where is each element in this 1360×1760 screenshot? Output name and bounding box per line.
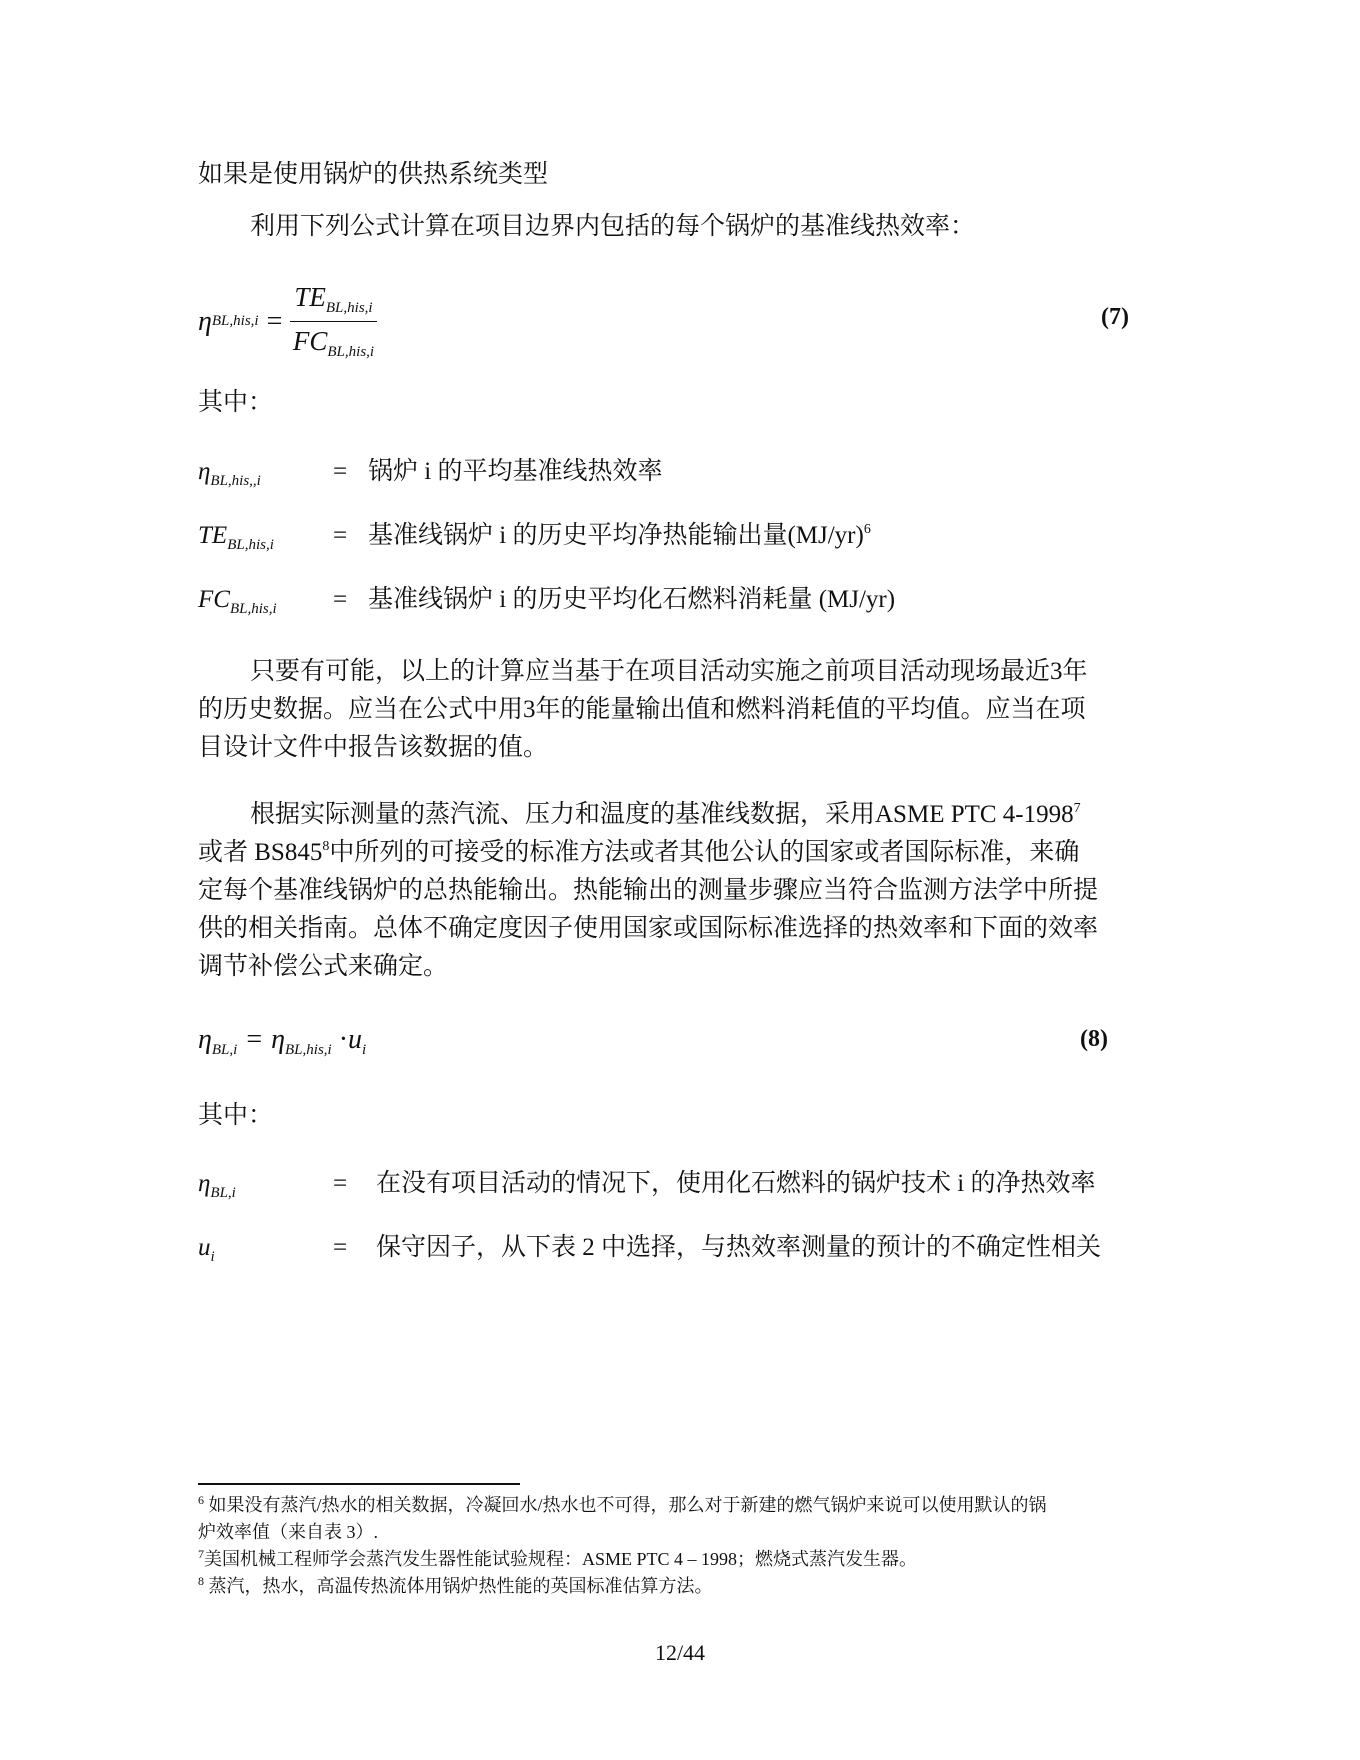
intro-paragraph: 利用下列公式计算在项目边界内包括的每个锅炉的基准线热效率： [250,207,975,247]
fraction: TEBL,his,i FCBL,his,i [290,282,376,361]
footnote-7: 7美国机械工程师学会蒸汽发生器性能试验规程：ASME PTC 4 – 1998；… [198,1546,1158,1573]
where-label-1: 其中： [198,383,273,423]
equation-number-8: (8) [1080,1026,1108,1053]
paragraph-2-line-5: 调节补偿公式来确定。 [198,947,448,987]
page-number: 12/44 [0,1640,1360,1666]
equation-number-7: (7) [1101,304,1129,331]
footnote-8: 8 蒸汽，热水，高温传热流体用锅炉热性能的英国标准估算方法。 [198,1573,1158,1600]
paragraph-2-line-1: 根据实际测量的蒸汽流、压力和温度的基准线数据，采用ASME PTC 4-1998… [250,795,1081,835]
paragraph-2-line-2: 或者 BS8458中所列的可接受的标准方法或者其他公认的国家或者国际标准，来确 [198,833,1079,873]
paragraph-2-line-4: 供的相关指南。总体不确定度因子使用国家或国际标准选择的热效率和下面的效率 [198,909,1098,949]
equation-8: ηBL,i = ηBL,his,i ·ui [198,1020,366,1070]
paragraph-2-line-3: 定每个基准线锅炉的总热能输出。热能输出的测量步骤应当符合监测方法学中所提 [198,871,1098,911]
paragraph-1-line-2: 的历史数据。应当在公式中用3年的能量输出值和燃料消耗值的平均值。应当在项 [198,690,1086,730]
footnote-divider [198,1483,520,1485]
paragraph-1-line-1: 只要有可能，以上的计算应当基于在项目活动实施之前项目活动现场最近3年 [250,652,1088,692]
eta-symbol: η [198,306,212,338]
equation-7: ηBL,his,i = TEBL,his,i FCBL,his,i [198,282,377,361]
footnote-6: 6 如果没有蒸汽/热水的相关数据，冷凝回水/热水也不可得，那么对于新建的燃气锅炉… [198,1492,1158,1519]
footnotes: 6 如果没有蒸汽/热水的相关数据，冷凝回水/热水也不可得，那么对于新建的燃气锅炉… [198,1492,1158,1600]
eta-symbol: η [198,1024,212,1055]
footnote-ref-6[interactable]: 6 [864,522,871,537]
section-heading: 如果是使用锅炉的供热系统类型 [198,155,548,195]
where-label-2: 其中： [198,1096,273,1136]
paragraph-1-line-3: 目设计文件中报告该数据的值。 [198,728,548,768]
footnote-ref-7[interactable]: 7 [1074,801,1081,816]
